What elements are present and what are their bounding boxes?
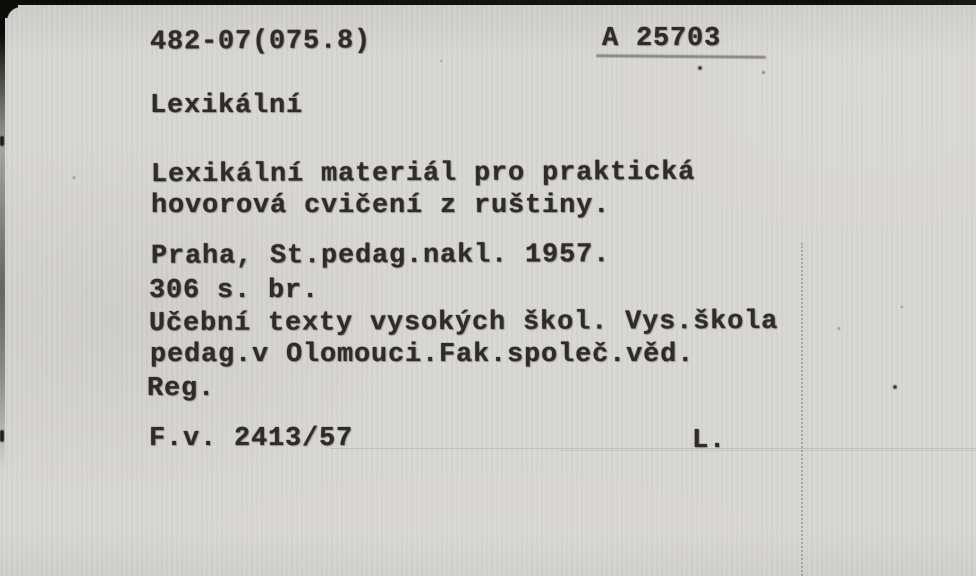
edge-mark [0, 430, 4, 442]
series-line-1: Učební texty vysokých škol. Vys.škola [149, 309, 778, 338]
scan-edge-left [0, 0, 5, 470]
accession-number: A 25703 [602, 26, 721, 53]
record-number: F.v. 2413/57 [149, 426, 353, 453]
catalog-card-scan: 482-07(075.8) A 25703 Lexikální Lexikáln… [0, 0, 976, 576]
card-heading: Lexikální [150, 93, 303, 120]
classification-number: 482-07(075.8) [150, 28, 371, 56]
ink-speck [893, 385, 897, 389]
ink-speck [440, 60, 442, 62]
collation-line: 306 s. br. [149, 278, 319, 305]
title-line-2: hovorová cvičení z ruštiny. [151, 193, 610, 220]
ink-speck [762, 71, 765, 74]
title-line-1: Lexikální materiál pro praktická [151, 160, 695, 189]
imprint-line: Praha, St.pedag.nakl. 1957. [151, 242, 610, 271]
card-rounded-corner [0, 0, 18, 18]
edge-mark [0, 136, 4, 146]
scan-edge-top [0, 0, 976, 5]
horizontal-crease-line [330, 448, 976, 449]
accession-underline [596, 54, 766, 58]
ink-speck [73, 176, 75, 179]
ink-speck [838, 327, 840, 330]
series-line-2: pedag.v Olomouci.Fak.společ.věd. [150, 342, 694, 369]
note-line: Reg. [147, 376, 215, 403]
horizontal-crease-line [560, 450, 976, 451]
vertical-crease-line [801, 243, 803, 576]
ink-speck [698, 66, 702, 70]
ink-speck [901, 306, 903, 308]
